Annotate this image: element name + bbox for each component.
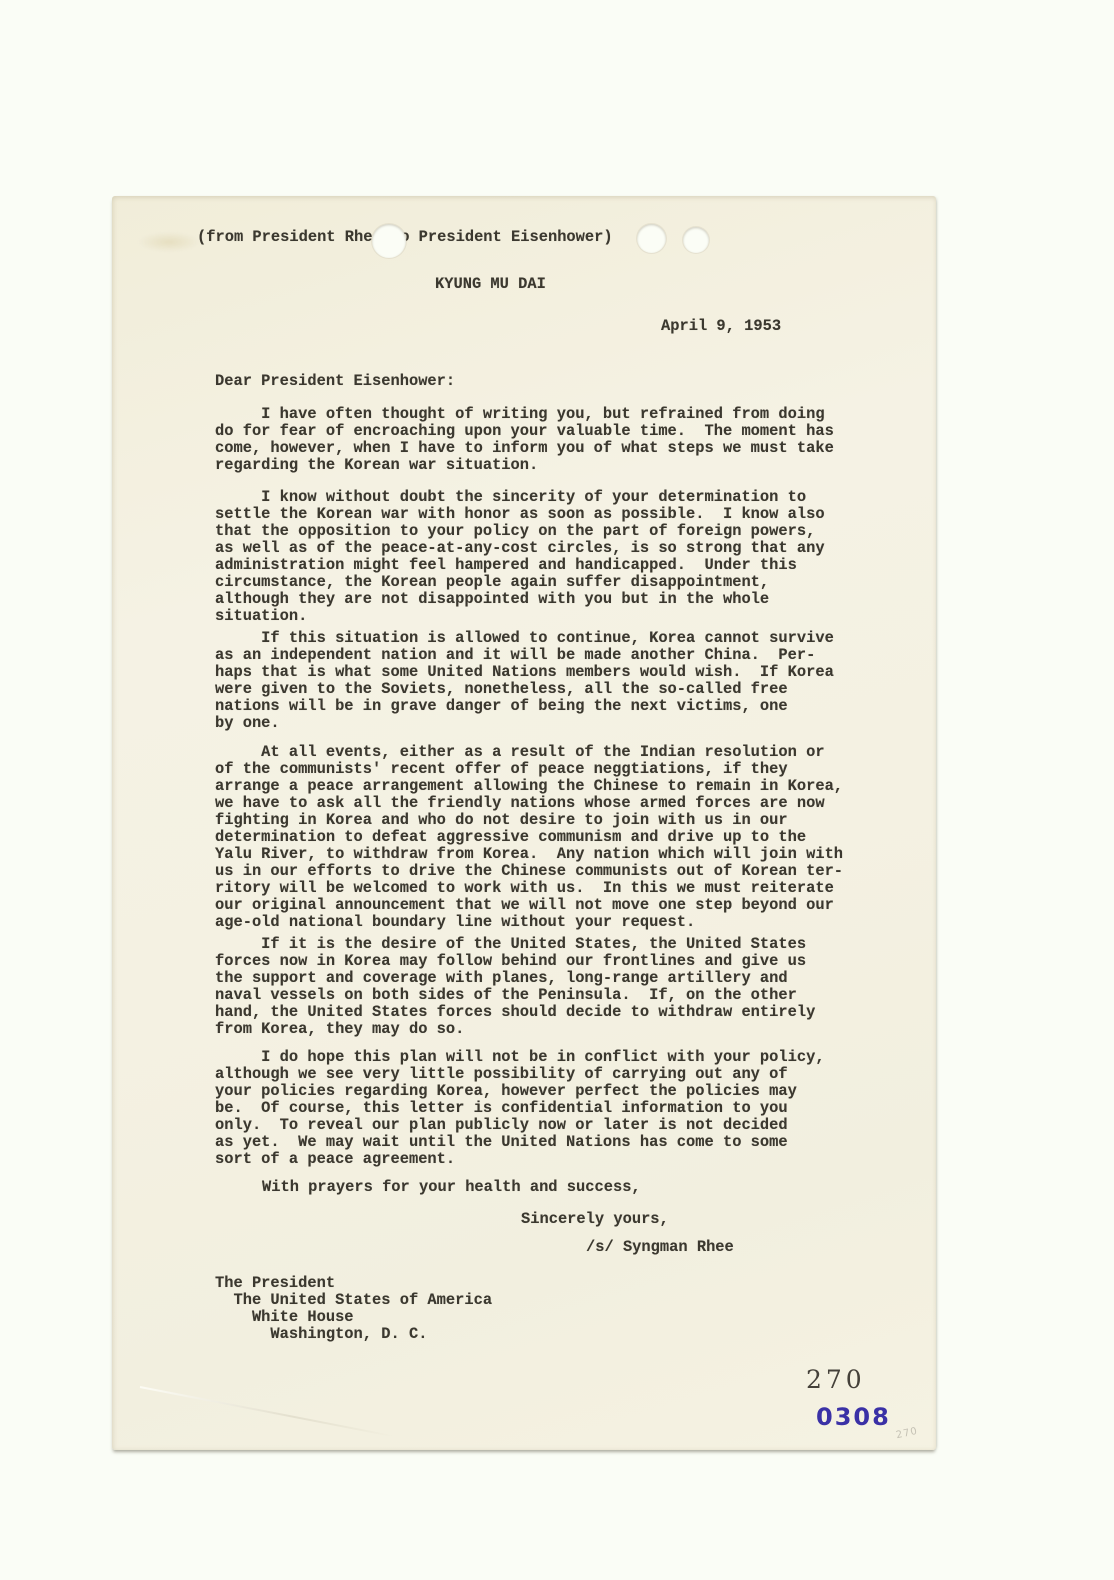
scanned-letter-page: { "page": { "background_color": "#fafdf6…: [0, 0, 1114, 1580]
punch-hole: [637, 224, 666, 253]
recipient-address: The President The United States of Ameri…: [215, 1275, 492, 1343]
salutation-line: Dear President Eisenhower:: [215, 373, 455, 390]
letter-paragraph: I do hope this plan will not be in confl…: [215, 1049, 825, 1168]
archive-number-stamp: 0308: [816, 1404, 891, 1431]
punch-hole: [372, 224, 406, 258]
prayer-line: With prayers for your health and success…: [262, 1179, 641, 1196]
letter-paragraph: At all events, either as a result of the…: [215, 744, 843, 931]
letter-paragraph: I have often thought of writing you, but…: [215, 406, 834, 474]
letter-paragraph: If it is the desire of the United States…: [215, 936, 815, 1038]
page-number-stamp: 270: [806, 1366, 866, 1394]
letter-paragraph: If this situation is allowed to continue…: [215, 630, 834, 732]
letterhead-title: KYUNG MU DAI: [435, 276, 546, 293]
scan-background: (from President Rhee to President Eisenh…: [0, 0, 1114, 1580]
date-line: April 9, 1953: [661, 318, 781, 335]
paper-stain: [138, 232, 200, 252]
closing-line: Sincerely yours,: [521, 1211, 669, 1228]
signature-line: /s/ Syngman Rhee: [586, 1239, 734, 1256]
letter-paragraph: I know without doubt the sincerity of yo…: [215, 489, 825, 625]
punch-hole: [683, 227, 709, 253]
